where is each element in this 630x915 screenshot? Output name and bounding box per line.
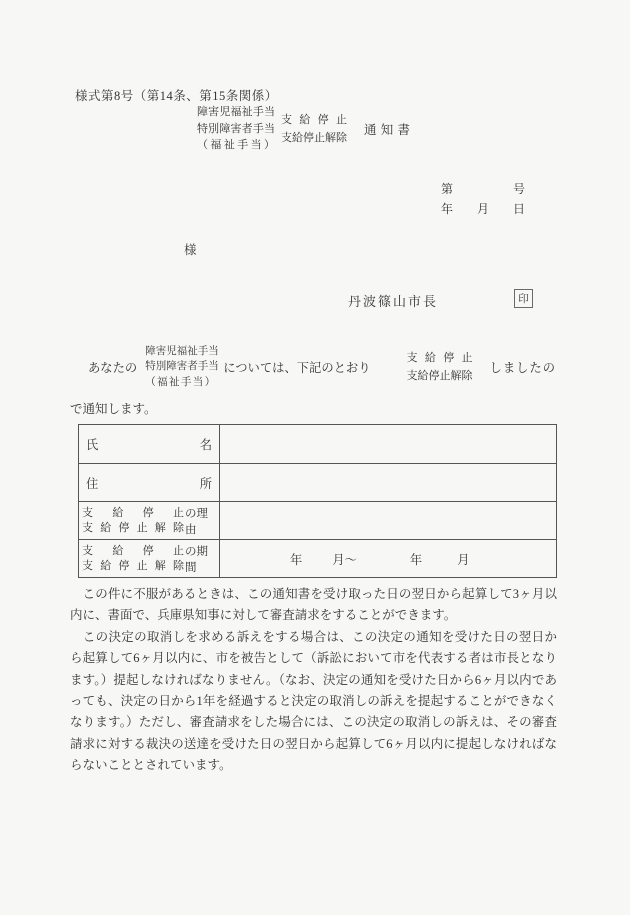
period-value-cell: 年 月～ 年 月 bbox=[220, 540, 556, 577]
form-number: 様式第8号（第14条、第15条関係） bbox=[75, 86, 278, 104]
label-char-right: 所 bbox=[200, 474, 212, 492]
period-label: 支給停止 支給停止解除 の期間 bbox=[79, 540, 220, 577]
date-day-label: 日 bbox=[513, 200, 525, 217]
details-table: 氏 名 住 所 支給停止 支給停止解除 の理由 bbox=[78, 424, 557, 578]
address-label: 住 所 bbox=[79, 464, 220, 501]
reason-label: 支給停止 支給停止解除 の理由 bbox=[79, 502, 220, 539]
status-line-1: 支給停止 bbox=[281, 111, 347, 129]
label-char-left: 氏 bbox=[86, 435, 98, 453]
seal-stamp-icon: 印 bbox=[514, 289, 533, 308]
period-month-to: 月 bbox=[457, 550, 469, 568]
allowance-line-2: 特別障害者手当 bbox=[197, 121, 275, 138]
status-line-1: 支給停止 bbox=[407, 349, 473, 367]
doc-number-suffix: 号 bbox=[513, 180, 525, 197]
allowance-name-stack: 障害児福祉手当 特別障害者手当 （福祉手当） bbox=[197, 104, 275, 154]
date-line: 年 月 日 bbox=[441, 200, 525, 217]
note-paragraph-lawsuit: この決定の取消しを求める訴えをする場合は、この決定の通知を受けた日の翌日から起算… bbox=[70, 627, 557, 777]
name-label: 氏 名 bbox=[79, 425, 220, 463]
status-stack: 支給停止 支給停止解除 bbox=[407, 349, 473, 385]
reason-value-cell bbox=[220, 502, 556, 539]
table-row-name: 氏 名 bbox=[79, 425, 556, 463]
allowance-line-1: 障害児福祉手当 bbox=[145, 344, 215, 360]
status-line-2: 支給停止解除 bbox=[82, 521, 184, 536]
appeal-notes: この件に不服があるときは、この通知書を受け取った日の翌日から起算して3ヶ月以内に… bbox=[70, 584, 557, 777]
intro-continuation: で通知します。 bbox=[70, 399, 157, 417]
title-suffix: 通知書 bbox=[364, 120, 410, 138]
intro-middle: については、下記のとおり bbox=[223, 358, 370, 376]
intro-tail: しましたの bbox=[490, 358, 557, 376]
status-line-1: 支給停止 bbox=[82, 544, 184, 559]
period-year-from: 年 bbox=[290, 550, 302, 568]
address-value-cell bbox=[220, 464, 556, 501]
period-year-to: 年 bbox=[410, 550, 422, 568]
sender-name: 丹波篠山市長 bbox=[348, 291, 438, 310]
status-line-2: 支給停止解除 bbox=[407, 367, 473, 385]
name-value-cell bbox=[220, 425, 556, 463]
doc-number-line: 第 号 bbox=[441, 180, 525, 197]
table-row-period: 支給停止 支給停止解除 の期間 年 月～ 年 月 bbox=[79, 539, 556, 577]
note-paragraph-appeal: この件に不服があるときは、この通知書を受け取った日の翌日から起算して3ヶ月以内に… bbox=[70, 584, 557, 627]
intro-lead: あなたの bbox=[88, 358, 137, 376]
date-year-label: 年 bbox=[441, 200, 453, 217]
intro-sentence: あなたの 障害児福祉手当 特別障害者手当 （福祉手当） については、下記のとおり… bbox=[88, 341, 556, 393]
status-line-2: 支給停止解除 bbox=[281, 129, 347, 147]
status-line-1: 支給停止 bbox=[82, 506, 184, 521]
addressee-honorific: 様 bbox=[184, 240, 197, 258]
doc-number-prefix: 第 bbox=[441, 180, 453, 197]
date-month-label: 月 bbox=[477, 200, 489, 217]
period-suffix: の期間 bbox=[185, 543, 219, 575]
document-title: 障害児福祉手当 特別障害者手当 （福祉手当） 支給停止 支給停止解除 通知書 bbox=[197, 104, 410, 154]
status-line-2: 支給停止解除 bbox=[82, 559, 184, 574]
label-char-right: 名 bbox=[200, 435, 212, 453]
status-stack: 支給停止 支給停止解除 bbox=[281, 111, 347, 147]
document-page: 様式第8号（第14条、第15条関係） 障害児福祉手当 特別障害者手当 （福祉手当… bbox=[0, 0, 630, 915]
status-stack: 支給停止 支給停止解除 bbox=[82, 544, 184, 573]
table-row-reason: 支給停止 支給停止解除 の理由 bbox=[79, 501, 556, 539]
period-month-from: 月～ bbox=[332, 550, 357, 568]
reason-suffix: の理由 bbox=[185, 505, 219, 537]
allowance-name-stack: 障害児福祉手当 特別障害者手当 （福祉手当） bbox=[145, 344, 215, 391]
allowance-line-3: （福祉手当） bbox=[197, 137, 275, 154]
allowance-line-3: （福祉手当） bbox=[145, 375, 215, 391]
table-row-address: 住 所 bbox=[79, 463, 556, 501]
status-stack: 支給停止 支給停止解除 bbox=[82, 506, 184, 535]
allowance-line-1: 障害児福祉手当 bbox=[197, 104, 275, 121]
label-char-left: 住 bbox=[86, 474, 98, 492]
allowance-line-2: 特別障害者手当 bbox=[145, 359, 215, 375]
